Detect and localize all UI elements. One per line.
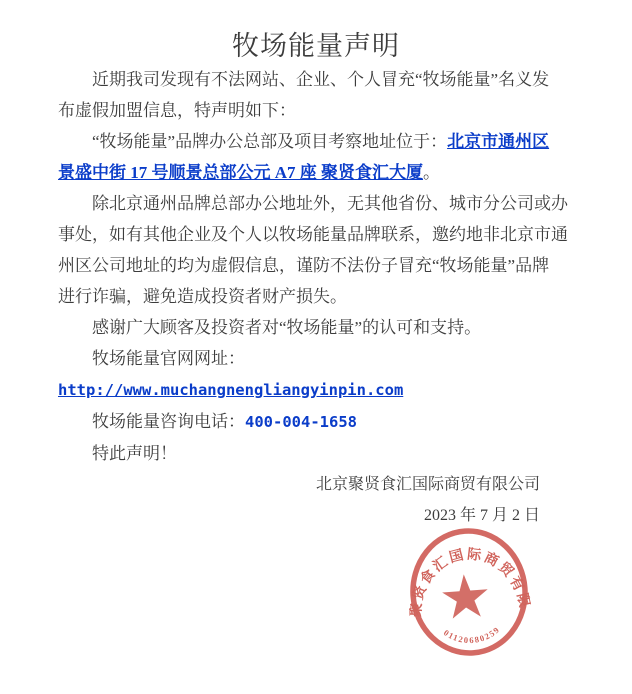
website-label: 牧场能量官网网址：	[58, 349, 245, 368]
warning-line-1: 除北京通州品牌总部办公地址外，无其他省份、城市分公司或办	[92, 194, 568, 213]
paragraph-thanks: 感谢广大顾客及投资者对“牧场能量”的认可和支持。	[58, 312, 575, 343]
paragraph-warning: 除北京通州品牌总部办公地址外，无其他省份、城市分公司或办事处，如有其他企业及个人…	[58, 188, 575, 312]
phone-number: 400-004-1658	[245, 413, 357, 431]
warning-line-3: 州区公司地址的均为虚假信息，谨防不法份子冒充“牧场能量”品牌	[58, 256, 549, 275]
document-body: 近期我司发现有不法网站、企业、个人冒充“牧场能量”名义发布虚假加盟信息，特声明如…	[0, 64, 632, 531]
paragraph-intro: 近期我司发现有不法网站、企业、个人冒充“牧场能量”名义发布虚假加盟信息，特声明如…	[58, 64, 575, 126]
seal-ring	[409, 527, 529, 657]
seal-serial-number: 01120680259	[441, 624, 502, 647]
seal-serial-holder: 01120680259	[441, 624, 502, 647]
address-period: 。	[423, 163, 440, 182]
signature-date: 2023 年 7 月 2 日	[58, 500, 575, 531]
seal-ring-text-holder: 北京聚贤食汇国际商贸有限公司	[404, 523, 534, 619]
official-seal-stamp: 北京聚贤食汇国际商贸有限公司 01120680259	[404, 523, 535, 661]
website-line: 牧场能量官网网址：http://www.muchangnengliangyinp…	[58, 343, 575, 406]
website-link[interactable]: http://www.muchangnengliangyinpin.com	[58, 381, 403, 399]
phone-label: 牧场能量咨询电话：	[58, 412, 245, 431]
signature-company: 北京聚贤食汇国际商贸有限公司	[58, 469, 575, 500]
closing-statement: 特此声明！	[58, 438, 575, 469]
page-title: 牧场能量声明	[0, 0, 632, 64]
address-label: “牧场能量”品牌办公总部及项目考察地址位于：	[92, 132, 447, 151]
address-link-line-2[interactable]: 景盛中街 17 号顺景总部公元 A7 座 聚贤食汇大厦	[58, 163, 423, 182]
intro-line-1: 近期我司发现有不法网站、企业、个人冒充“牧场能量”名义发	[92, 70, 549, 89]
closing-text: 特此声明！	[58, 444, 177, 463]
phone-line: 牧场能量咨询电话：400-004-1658	[58, 406, 575, 438]
seal-ring-text: 北京聚贤食汇国际商贸有限公司	[404, 523, 534, 619]
paragraph-address: “牧场能量”品牌办公总部及项目考察地址位于：北京市通州区景盛中街 17 号顺景总…	[58, 126, 575, 188]
intro-line-2: 布虚假加盟信息，特声明如下：	[58, 101, 296, 120]
warning-line-4: 进行诈骗，避免造成投资者财产损失。	[58, 287, 347, 306]
warning-line-2: 事处，如有其他企业及个人以牧场能量品牌联系，邀约地非北京市通	[58, 225, 568, 244]
document-page: 牧场能量声明 近期我司发现有不法网站、企业、个人冒充“牧场能量”名义发布虚假加盟…	[0, 0, 632, 694]
address-link-line-1[interactable]: 北京市通州区	[447, 132, 549, 151]
seal-star-icon	[441, 573, 490, 619]
